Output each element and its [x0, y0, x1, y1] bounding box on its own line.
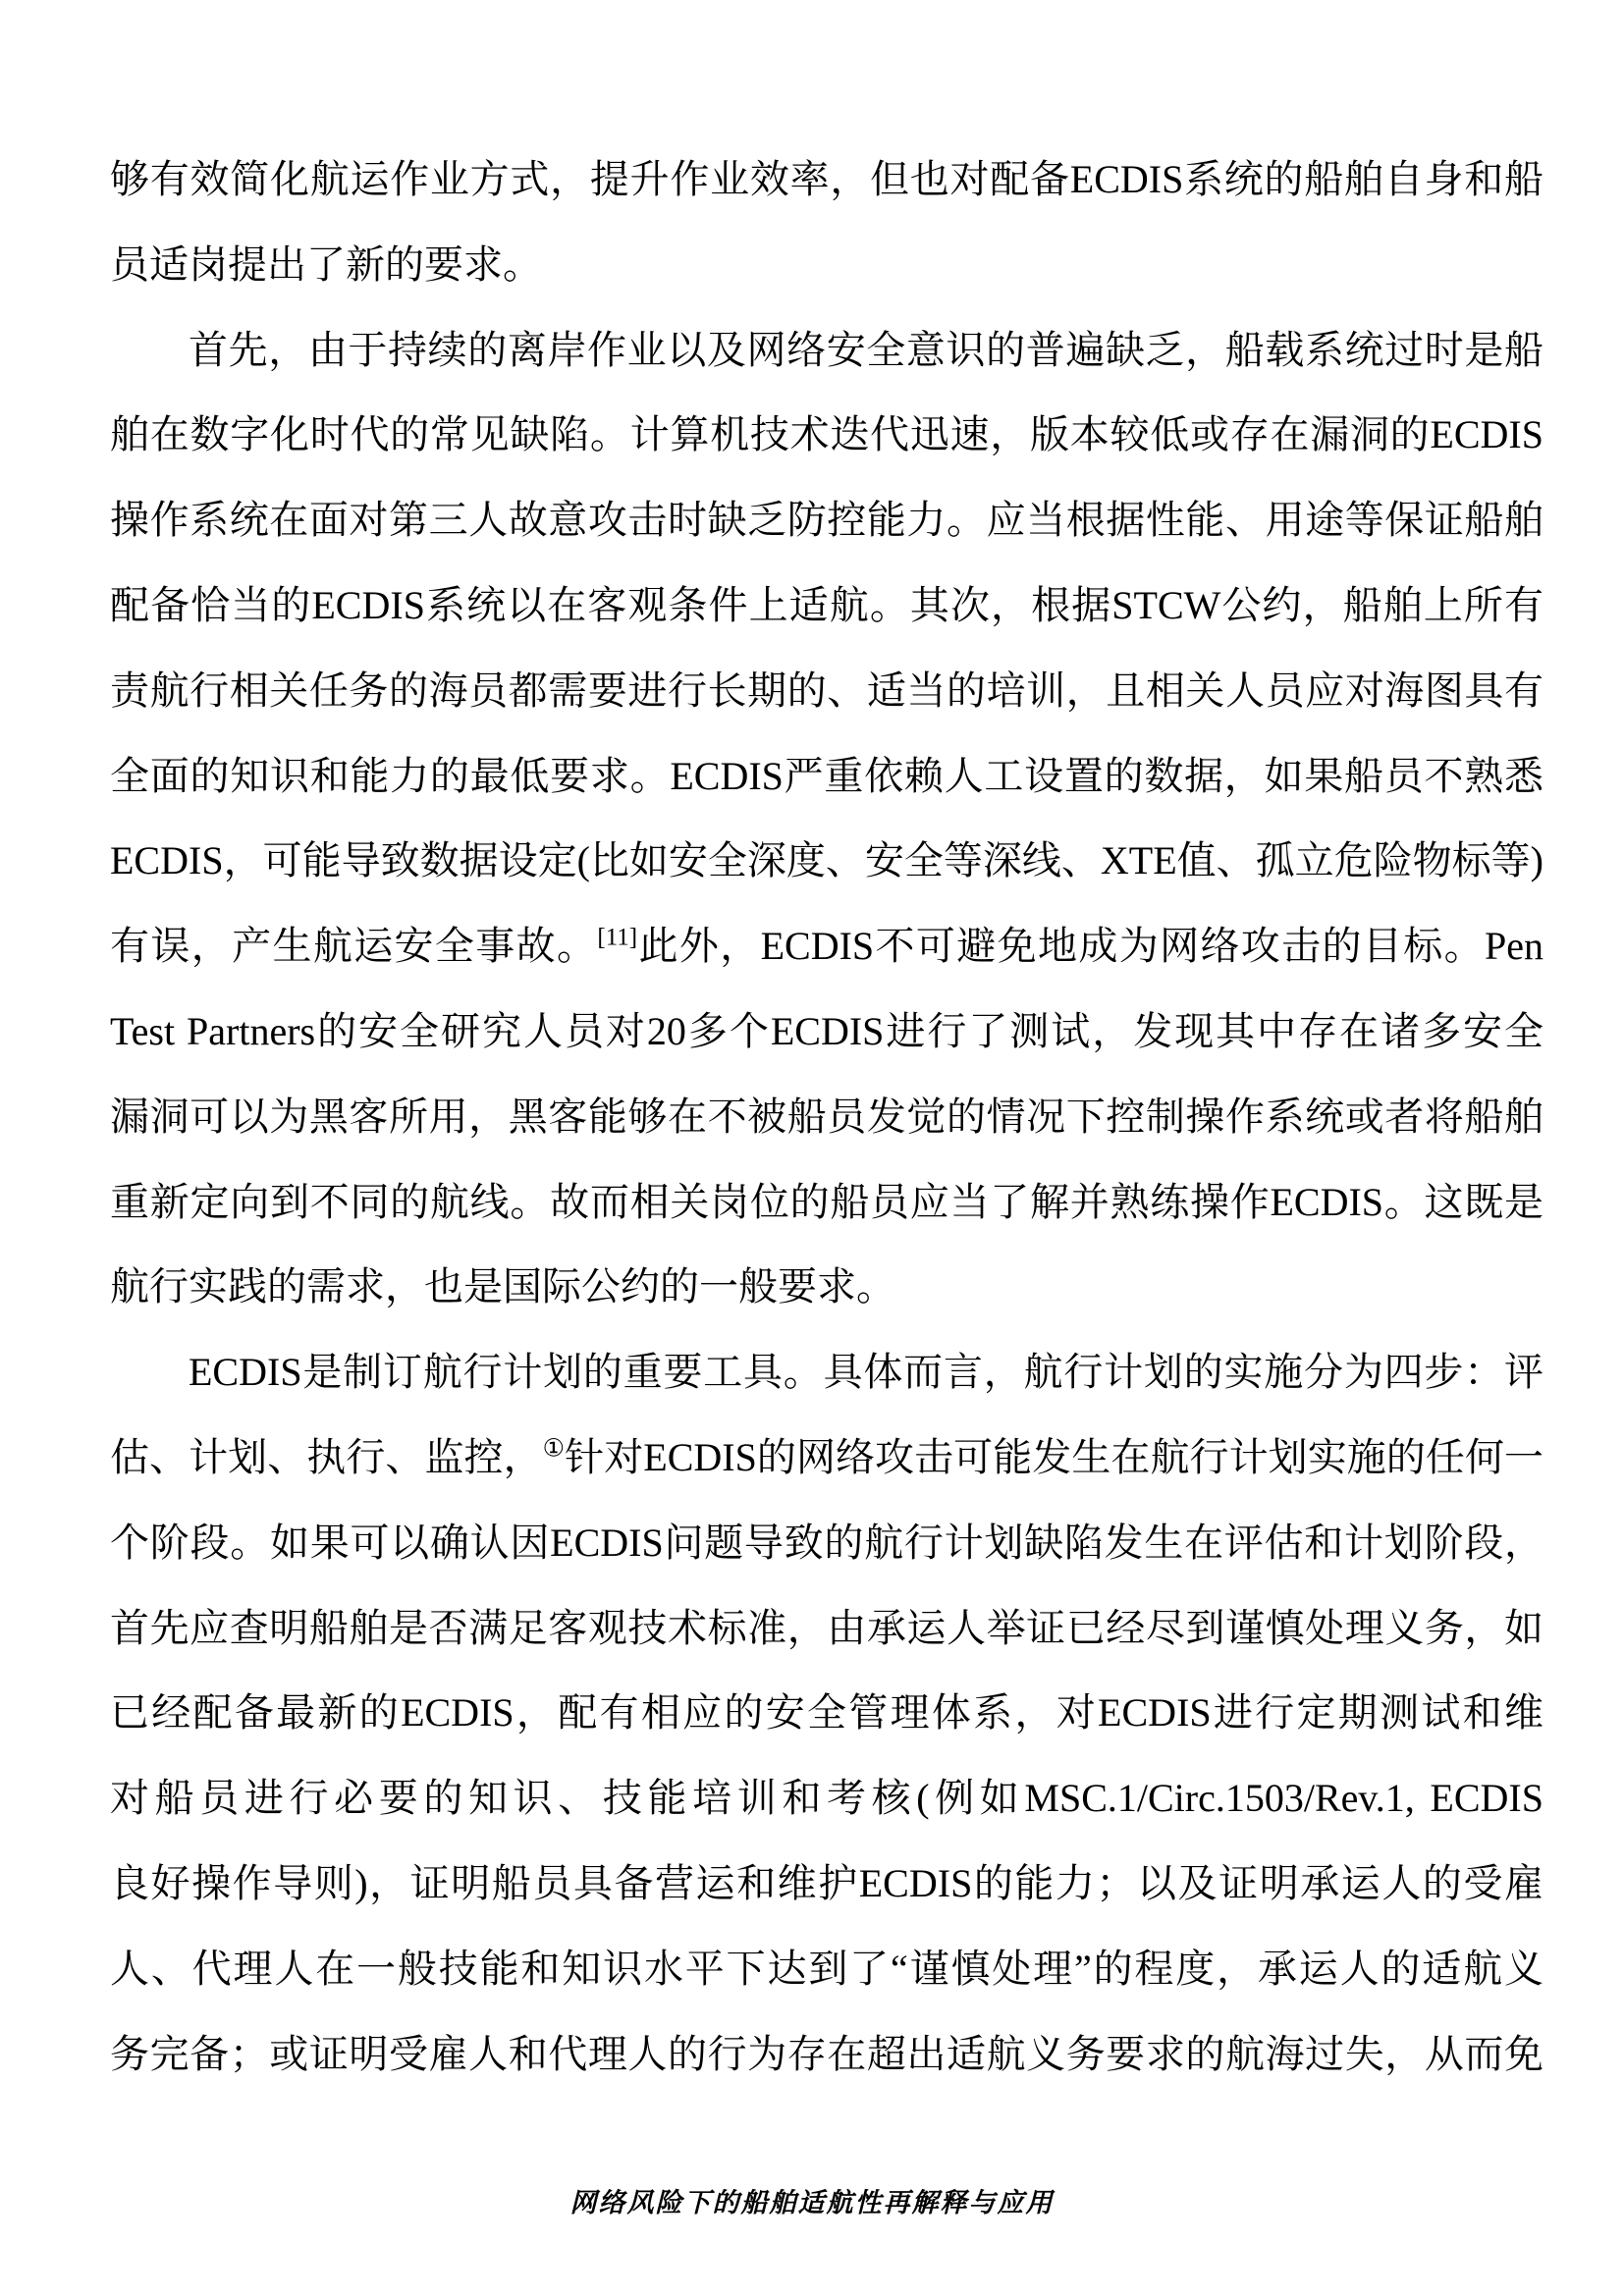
line-text: 操作系统在面对第三人故意攻击时缺乏防控能力。应当根据性能、用途等保证船舶 [110, 498, 1543, 542]
text-line: 员适岗提出了新的要求。 [110, 223, 1543, 308]
text-line: 操作系统在面对第三人故意攻击时缺乏防控能力。应当根据性能、用途等保证船舶 [110, 478, 1543, 563]
text-line: 良好操作导则)，证明船员具备营运和维护ECDIS的能力；以及证明承运人的受雇 [110, 1842, 1543, 1927]
line-text: 此外，ECDIS不可避免地成为网络攻击的目标。Pen [637, 924, 1543, 968]
document-body: 够有效简化航运作业方式，提升作业效率，但也对配备ECDIS系统的船舶自身和船 员… [110, 137, 1543, 2097]
line-text: 员适岗提出了新的要求。 [110, 242, 542, 287]
line-text: 重新定向到不同的航线。故而相关岗位的船员应当了解并熟练操作ECDIS。这既是 [110, 1180, 1543, 1224]
text-line: 已经配备最新的ECDIS，配有相应的安全管理体系，对ECDIS进行定期测试和维护… [110, 1671, 1543, 1756]
text-line: 舶在数字化时代的常见缺陷。计算机技术迭代迅速，版本较低或存在漏洞的ECDIS [110, 393, 1543, 478]
line-text: 配备恰当的ECDIS系统以在客观条件上适航。其次，根据STCW公约，船舶上所有负 [110, 583, 1543, 649]
footnote-ref-11: [11] [597, 925, 637, 951]
text-line: 航行实践的需求，也是国际公约的一般要求。 [110, 1245, 1543, 1330]
text-line: 务完备；或证明受雇人和代理人的行为存在超出适航义务要求的航海过失，从而免 [110, 2012, 1543, 2098]
text-line: 配备恰当的ECDIS系统以在客观条件上适航。其次，根据STCW公约，船舶上所有负 [110, 563, 1543, 649]
line-text: 针对ECDIS的网络攻击可能发生在航行计划实施的任何一 [565, 1435, 1543, 1479]
text-line: 全面的知识和能力的最低要求。ECDIS严重依赖人工设置的数据，如果船员不熟悉 [110, 734, 1543, 820]
text-line: ECDIS，可能导致数据设定(比如安全深度、安全等深线、XTE值、孤立危险物标等… [110, 819, 1543, 904]
text-line: 漏洞可以为黑客所用，黑客能够在不被船员发觉的情况下控制操作系统或者将船舶 [110, 1075, 1543, 1160]
line-text: 务完备；或证明受雇人和代理人的行为存在超出适航义务要求的航海过失，从而免 [110, 2032, 1543, 2076]
line-text: 估、计划、执行、监控， [110, 1435, 543, 1479]
line-text: 已经配备最新的ECDIS，配有相应的安全管理体系，对ECDIS进行定期测试和维护… [110, 1690, 1543, 1756]
running-title-footer: 网络风险下的船舶适航性再解释与应用 [0, 2181, 1624, 2219]
text-line: 个阶段。如果可以确认因ECDIS问题导致的航行计划缺陷发生在评估和计划阶段， [110, 1501, 1543, 1586]
line-text: 责航行相关任务的海员都需要进行长期的、适当的培训，且相关人员应对海图具有 [110, 668, 1543, 713]
document-page: 够有效简化航运作业方式，提升作业效率，但也对配备ECDIS系统的船舶自身和船 员… [0, 0, 1624, 2296]
line-text: 人、代理人在一般技能和知识水平下达到了“谨慎处理”的程度，承运人的适航义 [110, 1947, 1543, 1991]
text-line: ECDIS是制订航行计划的重要工具。具体而言，航行计划的实施分为四步：评 [110, 1330, 1543, 1415]
line-text: 个阶段。如果可以确认因ECDIS问题导致的航行计划缺陷发生在评估和计划阶段， [110, 1521, 1543, 1565]
line-text: ECDIS是制订航行计划的重要工具。具体而言，航行计划的实施分为四步：评 [189, 1350, 1543, 1394]
line-text: 航行实践的需求，也是国际公约的一般要求。 [110, 1264, 895, 1308]
line-text: 首先，由于持续的离岸作业以及网络安全意识的普遍缺乏，船载系统过时是船 [189, 328, 1543, 372]
text-line: Test Partners的安全研究人员对20多个ECDIS进行了测试，发现其中… [110, 989, 1543, 1075]
text-line: 估、计划、执行、监控，①针对ECDIS的网络攻击可能发生在航行计划实施的任何一 [110, 1415, 1543, 1501]
line-text: 舶在数字化时代的常见缺陷。计算机技术迭代迅速，版本较低或存在漏洞的ECDIS [110, 412, 1543, 456]
text-line: 有误，产生航运安全事故。[11]此外，ECDIS不可避免地成为网络攻击的目标。P… [110, 904, 1543, 989]
line-text: 对船员进行必要的知识、技能培训和考核(例如MSC.1/Circ.1503/Rev… [110, 1776, 1543, 1820]
line-text: ECDIS，可能导致数据设定(比如安全深度、安全等深线、XTE值、孤立危险物标等… [110, 838, 1543, 882]
text-line: 重新定向到不同的航线。故而相关岗位的船员应当了解并熟练操作ECDIS。这既是 [110, 1160, 1543, 1246]
text-line: 够有效简化航运作业方式，提升作业效率，但也对配备ECDIS系统的船舶自身和船 [110, 137, 1543, 223]
text-line: 责航行相关任务的海员都需要进行长期的、适当的培训，且相关人员应对海图具有 [110, 649, 1543, 734]
text-line: 首先，由于持续的离岸作业以及网络安全意识的普遍缺乏，船载系统过时是船 [110, 308, 1543, 394]
footnote-ref-circled-1: ① [543, 1436, 565, 1463]
line-text: 良好操作导则)，证明船员具备营运和维护ECDIS的能力；以及证明承运人的受雇 [110, 1861, 1543, 1905]
line-text: 有误，产生航运安全事故。 [110, 924, 597, 968]
line-text: 漏洞可以为黑客所用，黑客能够在不被船员发觉的情况下控制操作系统或者将船舶 [110, 1095, 1543, 1139]
text-line: 首先应查明船舶是否满足客观技术标准，由承运人举证已经尽到谨慎处理义务，如 [110, 1586, 1543, 1672]
line-text: Test Partners的安全研究人员对20多个ECDIS进行了测试，发现其中… [110, 1009, 1543, 1053]
text-line: 对船员进行必要的知识、技能培训和考核(例如MSC.1/Circ.1503/Rev… [110, 1756, 1543, 1842]
line-text: 够有效简化航运作业方式，提升作业效率，但也对配备ECDIS系统的船舶自身和船 [110, 157, 1543, 201]
line-text: 全面的知识和能力的最低要求。ECDIS严重依赖人工设置的数据，如果船员不熟悉 [110, 754, 1543, 798]
text-line: 人、代理人在一般技能和知识水平下达到了“谨慎处理”的程度，承运人的适航义 [110, 1927, 1543, 2012]
line-text: 首先应查明船舶是否满足客观技术标准，由承运人举证已经尽到谨慎处理义务，如 [110, 1606, 1543, 1650]
